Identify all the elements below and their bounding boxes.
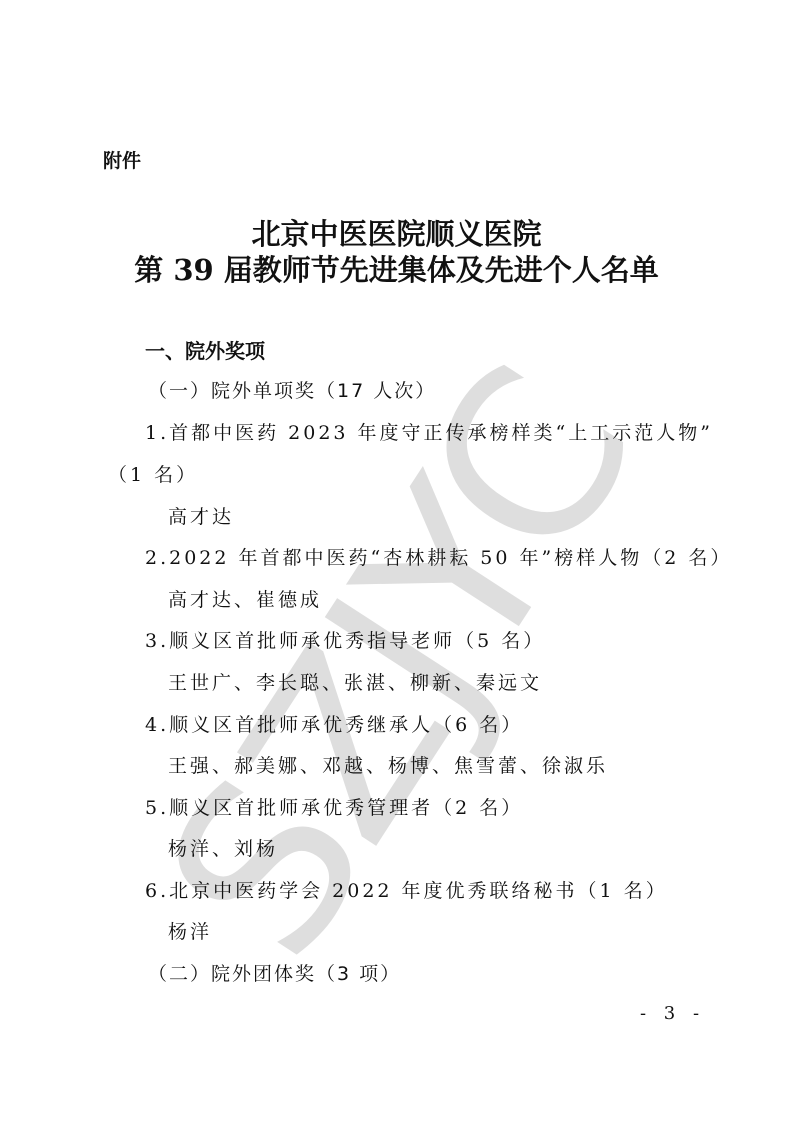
award-item-3-names: 王世广、李长聪、张湛、柳新、秦远文 bbox=[168, 674, 542, 693]
award-item-1-names: 高才达 bbox=[168, 508, 234, 527]
award-item-4-title: 4.顺义区首批师承优秀继承人（6 名） bbox=[145, 716, 523, 735]
award-item-6-title: 6.北京中医药学会 2022 年度优秀联络秘书（1 名） bbox=[145, 882, 668, 901]
award-item-2-title: 2.2022 年首都中医药“杏林耕耘 50 年”榜样人物（2 名） bbox=[145, 549, 732, 568]
section-heading-external-awards: 一、院外奖项 bbox=[145, 341, 265, 361]
award-item-5-names: 杨洋、刘杨 bbox=[168, 840, 278, 859]
award-item-3-title: 3.顺义区首批师承优秀指导老师（5 名） bbox=[145, 632, 545, 651]
document-title-line2: 第 39 届教师节先进集体及先进个人名单 bbox=[0, 256, 793, 285]
page-content: 附件 北京中医医院顺义医院 第 39 届教师节先进集体及先进个人名单 一、院外奖… bbox=[0, 0, 793, 1121]
subsection-heading-group-awards: （二）院外团体奖（3 项） bbox=[148, 965, 401, 984]
document-title-line1: 北京中医医院顺义医院 bbox=[0, 220, 793, 249]
award-item-6-names: 杨洋 bbox=[168, 923, 212, 942]
award-item-4-names: 王强、郝美娜、邓越、杨博、焦雪蕾、徐淑乐 bbox=[168, 757, 608, 776]
page-number: - 3 - bbox=[640, 1005, 705, 1023]
award-item-1-title-continued: （1 名） bbox=[108, 466, 198, 485]
award-item-2-names: 高才达、崔德成 bbox=[168, 591, 322, 610]
award-item-5-title: 5.顺义区首批师承优秀管理者（2 名） bbox=[145, 799, 523, 818]
subsection-heading-individual-awards: （一）院外单项奖（17 人次） bbox=[148, 382, 436, 401]
attachment-label: 附件 bbox=[103, 152, 141, 171]
award-item-1-title: 1.首都中医药 2023 年度守正传承榜样类“上工示范人物” bbox=[145, 424, 713, 443]
document-page: SZJYC 附件 北京中医医院顺义医院 第 39 届教师节先进集体及先进个人名单… bbox=[0, 0, 793, 1121]
